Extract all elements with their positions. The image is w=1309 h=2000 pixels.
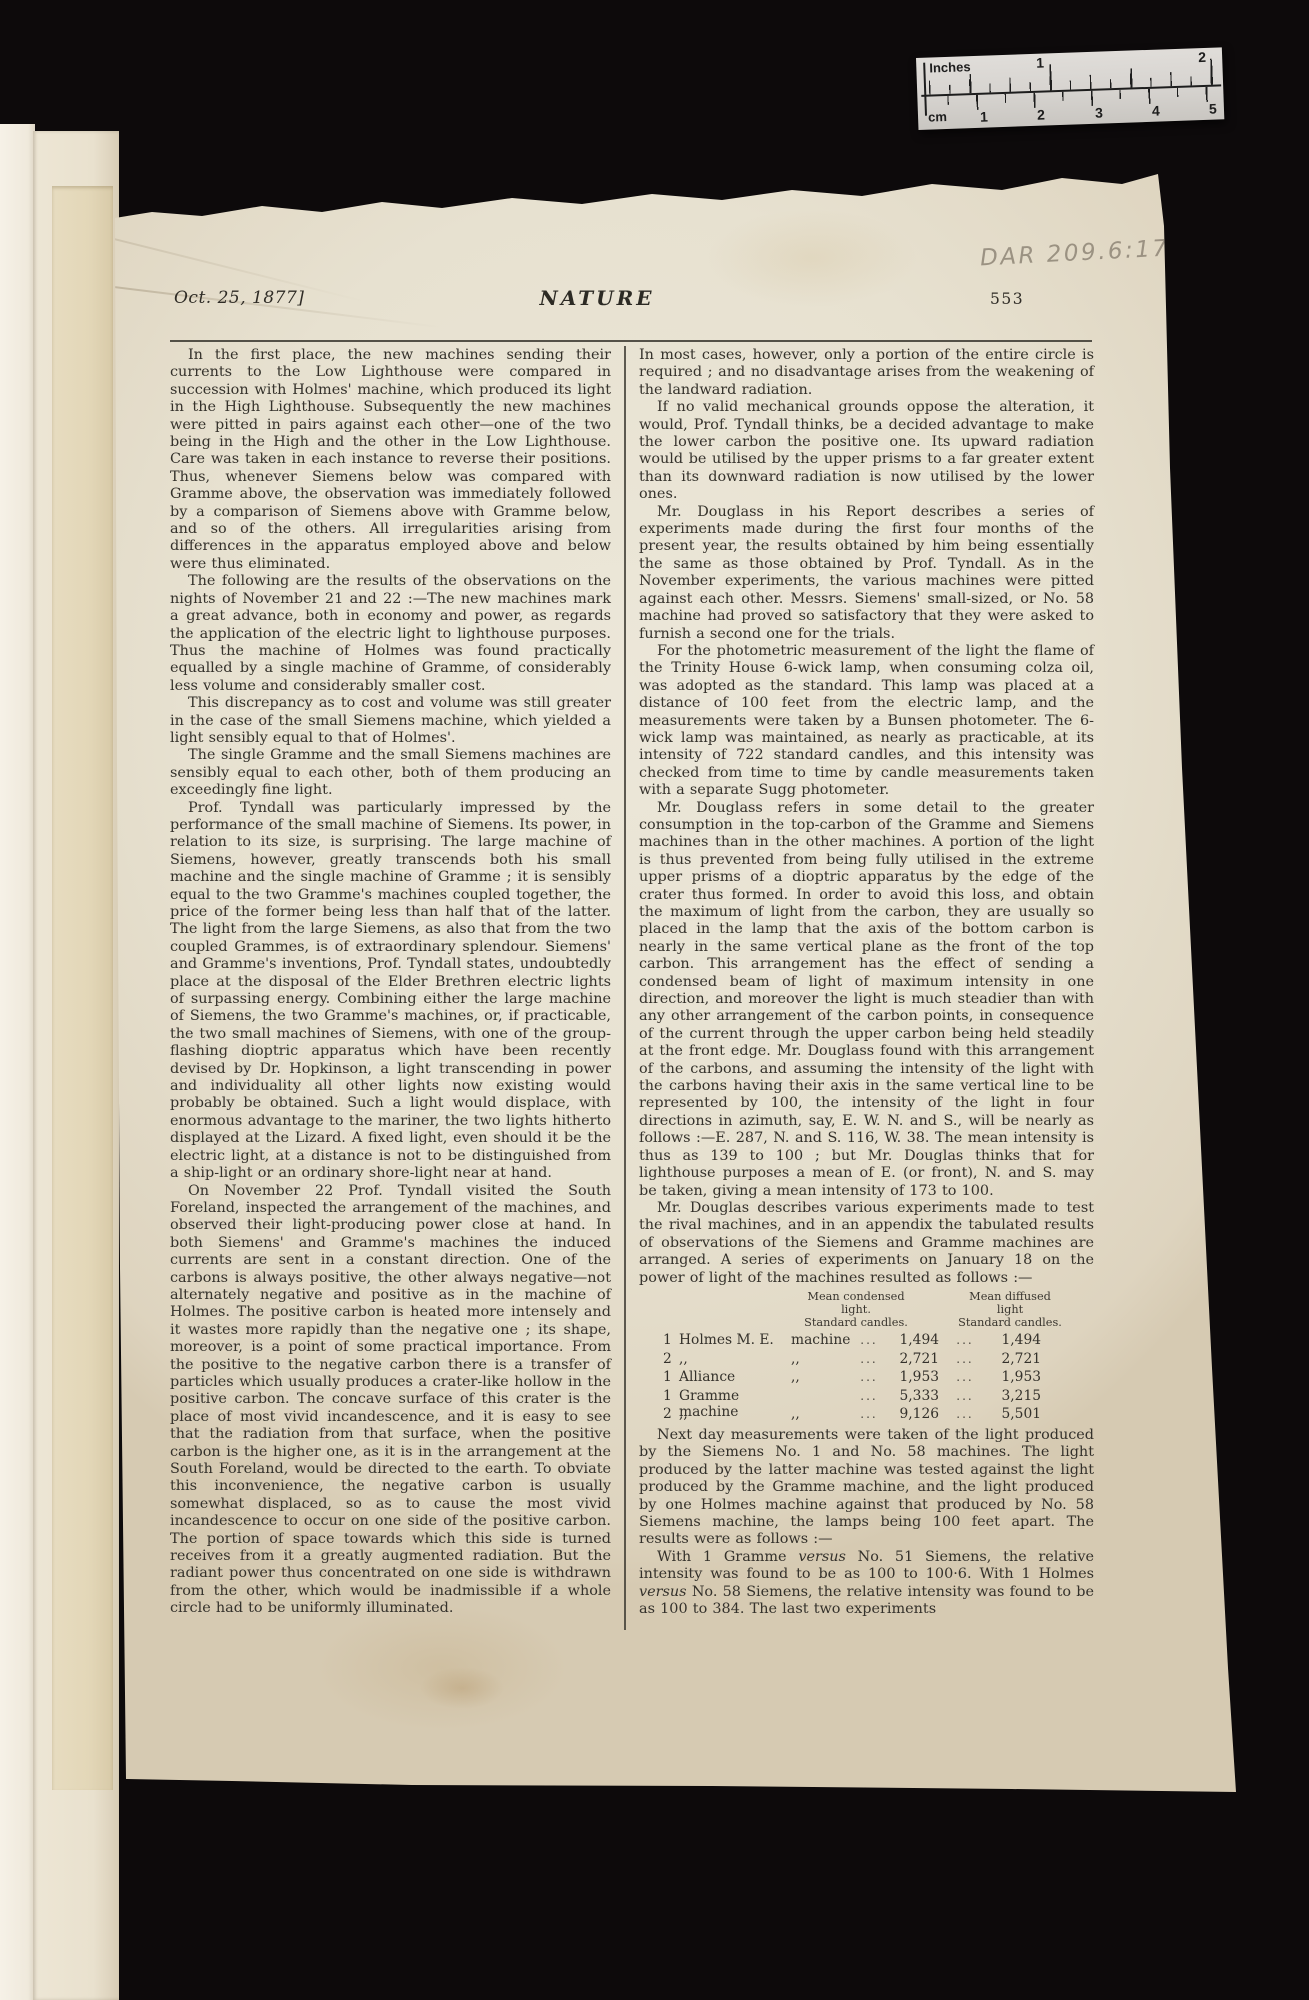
- ruler-cm-number: 3: [1095, 105, 1103, 121]
- table-row: 1 Gramme machine ... 5,333 ... 3,215: [639, 1388, 1094, 1407]
- machine-name: Holmes M. E.: [679, 1332, 791, 1348]
- dot-leader: ...: [857, 1352, 881, 1366]
- dot-leader: ...: [953, 1389, 977, 1403]
- table-row: 1 Holmes M. E. machine ... 1,494 ... 1,4…: [639, 1332, 1094, 1351]
- condensed-value: 5,333: [881, 1388, 939, 1404]
- table-header-text: Mean diffused: [935, 1290, 1085, 1303]
- paragraph: Mr. Douglass refers in some detail to th…: [639, 800, 1094, 1200]
- text-segment: With 1 Gramme: [657, 1549, 798, 1565]
- table-header-text: Mean condensed: [781, 1290, 931, 1303]
- dot-leader: ...: [857, 1333, 881, 1347]
- binding-tape-strip: [52, 186, 113, 1790]
- paragraph: The following are the results of the obs…: [170, 573, 611, 695]
- paragraph: If no valid mechanical grounds oppose th…: [639, 399, 1094, 503]
- dot-leader: ...: [953, 1407, 977, 1421]
- ruler-inch-number: 2: [1198, 49, 1206, 65]
- table-row: 1 Alliance ,, ... 1,953 ... 1,953: [639, 1369, 1094, 1388]
- table-row: 2 ,, ,, ... 9,126 ... 5,501: [639, 1406, 1094, 1425]
- diffused-value: 1,494: [977, 1332, 1041, 1348]
- diffused-value: 2,721: [977, 1351, 1041, 1367]
- table-header-text: light: [935, 1303, 1085, 1316]
- table-header-text: Standard candles.: [935, 1316, 1085, 1329]
- journal-title: NATURE: [452, 286, 742, 310]
- dot-leader: ...: [857, 1407, 881, 1421]
- machine-count: 1: [663, 1332, 679, 1348]
- table-header-text: Standard candles.: [781, 1316, 931, 1329]
- dot-leader: ...: [857, 1389, 881, 1403]
- condensed-value: 1,953: [881, 1369, 939, 1385]
- pencil-archive-annotation: DAR 209.6:177: [979, 235, 1187, 272]
- paragraph: In the first place, the new machines sen…: [170, 347, 611, 573]
- header-rule: [170, 340, 1092, 342]
- left-column: In the first place, the new machines sen…: [170, 347, 611, 1618]
- paragraph: This discrepancy as to cost and volume w…: [170, 695, 611, 747]
- paragraph: With 1 Gramme versus No. 51 Siemens, the…: [639, 1549, 1094, 1619]
- table-header-diffused: Mean diffused light Standard candles.: [935, 1290, 1085, 1329]
- paragraph: Next day measurements were taken of the …: [639, 1427, 1094, 1549]
- machine-count: 2: [663, 1406, 679, 1422]
- ruler-cm-number: 4: [1152, 103, 1160, 119]
- column-divider: [624, 346, 626, 1630]
- table-header-condensed: Mean condensed light. Standard candles.: [781, 1290, 931, 1329]
- machine-count: 1: [663, 1369, 679, 1385]
- machine-name: ,,: [679, 1351, 791, 1367]
- dot-leader: ...: [953, 1370, 977, 1384]
- text-segment: No. 58 Siemens, the relative intensity w…: [639, 1584, 1094, 1617]
- paragraph: In most cases, however, only a portion o…: [639, 347, 1094, 399]
- ruler-cm-number: 2: [1037, 107, 1045, 123]
- table-row: 2 ,, ,, ... 2,721 ... 2,721: [639, 1351, 1094, 1370]
- table-header: Mean condensed light. Standard candles. …: [639, 1290, 1094, 1332]
- journal-page: DAR 209.6:177 Oct. 25, 1877] NATURE 553 …: [112, 168, 1240, 1800]
- machine-name: machine: [791, 1332, 857, 1348]
- text-segment-italic: versus: [639, 1584, 687, 1600]
- page-number: 553: [990, 290, 1024, 308]
- dot-leader: ...: [953, 1352, 977, 1366]
- ruler-cm-number: 1: [980, 109, 988, 125]
- diffused-value: 3,215: [977, 1388, 1041, 1404]
- paragraph: Mr. Douglas describes various experiment…: [639, 1200, 1094, 1287]
- machine-name: ,,: [791, 1369, 857, 1385]
- machine-name: ,,: [679, 1406, 791, 1422]
- machine-name: Alliance: [679, 1369, 791, 1385]
- table-header-text: light.: [781, 1303, 931, 1316]
- text-segment-italic: versus: [798, 1549, 846, 1565]
- diffused-value: 5,501: [977, 1406, 1041, 1422]
- condensed-value: 1,494: [881, 1332, 939, 1348]
- machine-name: ,,: [791, 1406, 857, 1422]
- diffused-value: 1,953: [977, 1369, 1041, 1385]
- observations-table: Mean condensed light. Standard candles. …: [639, 1290, 1094, 1425]
- condensed-value: 2,721: [881, 1351, 939, 1367]
- paragraph: For the photometric measurement of the l…: [639, 643, 1094, 800]
- paragraph: Prof. Tyndall was particularly impressed…: [170, 800, 611, 1183]
- dot-leader: ...: [857, 1370, 881, 1384]
- dot-leader: ...: [953, 1333, 977, 1347]
- machine-count: 1: [663, 1388, 679, 1404]
- paragraph: Mr. Douglass in his Report describes a s…: [639, 504, 1094, 643]
- condensed-value: 9,126: [881, 1406, 939, 1422]
- machine-name: ,,: [791, 1351, 857, 1367]
- paragraph: On November 22 Prof. Tyndall visited the…: [170, 1183, 611, 1618]
- measuring-ruler: Inches cm 1 2 1 2 3 4 5: [916, 47, 1224, 130]
- ruler-inch-number: 1: [1036, 55, 1044, 71]
- issue-date: Oct. 25, 1877]: [174, 288, 304, 308]
- machine-count: 2: [663, 1351, 679, 1367]
- ruler-cm-number: 5: [1209, 101, 1217, 117]
- album-page-edge-white: [0, 124, 35, 2000]
- right-column: In most cases, however, only a portion o…: [639, 347, 1094, 1618]
- photographed-journal-page: DAR 209.6:177 Oct. 25, 1877] NATURE 553 …: [0, 0, 1309, 2000]
- paragraph: The single Gramme and the small Siemens …: [170, 747, 611, 799]
